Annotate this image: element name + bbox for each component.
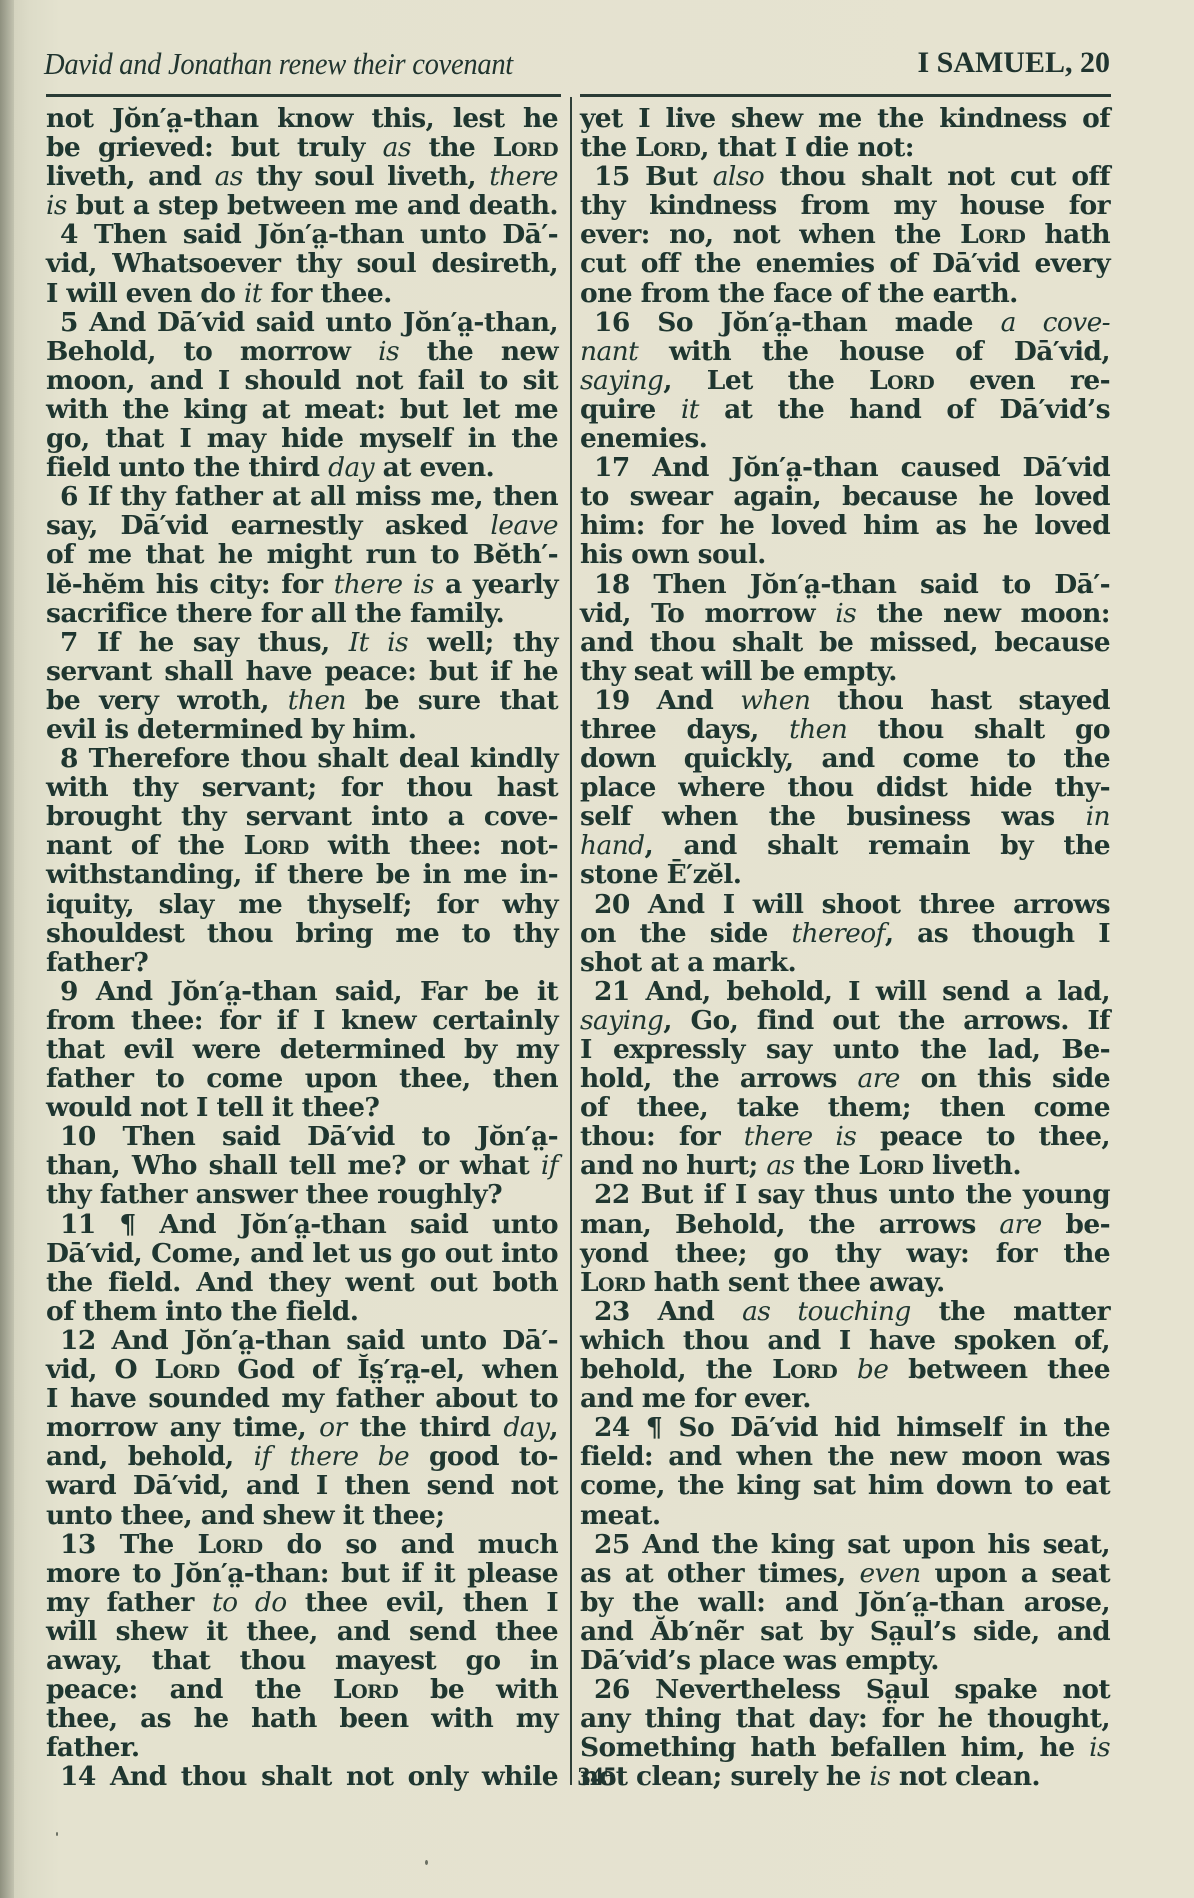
text-line: and Ăb′nẽr sat by Sa̤ul’s side, and xyxy=(580,1617,1110,1646)
text-line: saying, Go, find out the arrows. If xyxy=(580,1006,1110,1035)
text-line: 20 And I will shoot three arrows xyxy=(580,890,1110,919)
book-chapter-heading: I SAMUEL, 20 xyxy=(917,46,1110,80)
text-line: liveth, and as thy soul liveth, there xyxy=(46,162,558,191)
text-line: 22 But if I say thus unto the young xyxy=(580,1180,1110,1209)
bible-page: David and Jonathan renew their covenant … xyxy=(0,0,1194,1898)
left-text-column: not Jŏn′a̤-than know this, lest hebe gri… xyxy=(46,104,558,1791)
text-line: more to Jŏn′a̤-than: but if it please xyxy=(46,1559,558,1588)
text-line: field: and when the new moon was xyxy=(580,1442,1110,1471)
text-line: go, that I may hide myself in the xyxy=(46,424,558,453)
header-rule-right xyxy=(580,94,1111,97)
text-line: I expressly say unto the lad, Be- xyxy=(580,1035,1110,1064)
text-line: of me that he might run to Bĕth′- xyxy=(46,540,558,569)
text-line: one from the face of the earth. xyxy=(580,279,1110,308)
text-line: the Lord, that I die not: xyxy=(580,133,1110,162)
text-line: ever: no, not when the Lord hath xyxy=(580,220,1110,249)
text-line: Lord hath sent thee away. xyxy=(580,1268,1110,1297)
text-line: any thing that day: for he thought, xyxy=(580,1704,1110,1733)
text-line: 7 If he say thus, It is well; thy xyxy=(46,628,558,657)
text-line: say, Dā′vid earnestly asked leave xyxy=(46,511,558,540)
text-line: brought thy servant into a cove- xyxy=(46,802,558,831)
text-line: down quickly, and come to the xyxy=(580,744,1110,773)
text-line: of thee, take them; then come xyxy=(580,1093,1110,1122)
text-line: than, Who shall tell me? or what if xyxy=(46,1151,558,1180)
text-line: with the king at meat: but let me xyxy=(46,395,558,424)
text-line: 4 Then said Jŏn′a̤-than unto Dā′- xyxy=(46,220,558,249)
text-line: thy father answer thee roughly? xyxy=(46,1180,558,1209)
text-line: 5 And Dā′vid said unto Jŏn′a̤-than, xyxy=(46,308,558,337)
text-line: 11 ¶ And Jŏn′a̤-than said unto xyxy=(46,1210,558,1239)
text-line: Behold, to morrow is the new xyxy=(46,337,558,366)
text-line: quire it at the hand of Dā′vid’s xyxy=(580,395,1110,424)
text-line: field unto the third day at even. xyxy=(46,453,558,482)
text-line: nant of the Lord with thee: not- xyxy=(46,831,558,860)
text-line: shouldest thou bring me to thy xyxy=(46,919,558,948)
text-line: come, the king sat him down to eat xyxy=(580,1471,1110,1500)
text-line: 15 But also thou shalt not cut off xyxy=(580,162,1110,191)
text-line: from thee: for if I knew certainly xyxy=(46,1006,558,1035)
text-line: morrow any time, or the third day, xyxy=(46,1413,558,1442)
text-line: 8 Therefore thou shalt deal kindly xyxy=(46,744,558,773)
text-line: yond thee; go thy way: for the xyxy=(580,1239,1110,1268)
text-line: his own soul. xyxy=(580,540,1110,569)
text-line: lĕ-hĕm his city: for there is a yearly xyxy=(46,570,558,599)
text-line: I will even do it for thee. xyxy=(46,279,558,308)
text-line: sacrifice there for all the family. xyxy=(46,599,558,628)
text-line: stone Ē′zĕl. xyxy=(580,860,1110,889)
text-line: hold, the arrows are on this side xyxy=(580,1064,1110,1093)
text-line: evil is determined by him. xyxy=(46,715,558,744)
text-line: unto thee, and shew it thee; xyxy=(46,1501,558,1530)
text-line: which thou and I have spoken of, xyxy=(580,1326,1110,1355)
text-line: enemies. xyxy=(580,424,1110,453)
section-heading: David and Jonathan renew their covenant xyxy=(44,46,513,82)
text-line: to swear again, because he loved xyxy=(580,482,1110,511)
text-line: meat. xyxy=(580,1501,1110,1530)
text-line: 24 ¶ So Dā′vid hid himself in the xyxy=(580,1413,1110,1442)
text-line: 9 And Jŏn′a̤-than said, Far be it xyxy=(46,977,558,1006)
text-line: 6 If thy father at all miss me, then xyxy=(46,482,558,511)
text-line: hand, and shalt remain by the xyxy=(580,831,1110,860)
running-head: David and Jonathan renew their covenant … xyxy=(44,46,1114,90)
text-line: servant shall have peace: but if he xyxy=(46,657,558,686)
text-line: not Jŏn′a̤-than know this, lest he xyxy=(46,104,558,133)
text-line: saying, Let the Lord even re- xyxy=(580,366,1110,395)
text-line: be grieved: but truly as the Lord xyxy=(46,133,558,162)
text-line: and me for ever. xyxy=(580,1384,1110,1413)
text-line: iquity, slay me thyself; for why xyxy=(46,890,558,919)
text-line: 17 And Jŏn′a̤-than caused Dā′vid xyxy=(580,453,1110,482)
page-number: 345 xyxy=(0,1762,1194,1792)
header-rule-left xyxy=(46,94,561,97)
text-line: vid, O Lord God of Ĭs̤′ra̤-el, when xyxy=(46,1355,558,1384)
right-text-column: yet I live shew me the kindness ofthe Lo… xyxy=(580,104,1110,1791)
text-line: moon, and I should not fail to sit xyxy=(46,366,558,395)
paper-speck xyxy=(425,1860,428,1865)
text-line: thy kindness from my house for xyxy=(580,191,1110,220)
text-line: 19 And when thou hast stayed xyxy=(580,686,1110,715)
text-line: 21 And, behold, I will send a lad, xyxy=(580,977,1110,1006)
text-line: yet I live shew me the kindness of xyxy=(580,104,1110,133)
text-line: father. xyxy=(46,1733,558,1762)
text-line: behold, the Lord be between thee xyxy=(580,1355,1110,1384)
text-line: him: for he loved him as he loved xyxy=(580,511,1110,540)
column-divider xyxy=(570,97,572,1785)
text-line: withstanding, if there be in me in- xyxy=(46,860,558,889)
text-line: cut off the enemies of Dā′vid every xyxy=(580,249,1110,278)
text-line: would not I tell it thee? xyxy=(46,1093,558,1122)
text-line: 23 And as touching the matter xyxy=(580,1297,1110,1326)
text-line: Dā′vid, Come, and let us go out into xyxy=(46,1239,558,1268)
text-line: Dā′vid’s place was empty. xyxy=(580,1646,1110,1675)
text-line: father? xyxy=(46,948,558,977)
text-line: 10 Then said Dā′vid to Jŏn′a̤- xyxy=(46,1122,558,1151)
text-line: 12 And Jŏn′a̤-than said unto Dā′- xyxy=(46,1326,558,1355)
text-line: and no hurt; as the Lord liveth. xyxy=(580,1151,1110,1180)
text-line: nant with the house of Dā′vid, xyxy=(580,337,1110,366)
text-line: thou: for there is peace to thee, xyxy=(580,1122,1110,1151)
text-line: father to come upon thee, then xyxy=(46,1064,558,1093)
text-line: 18 Then Jŏn′a̤-than said to Dā′- xyxy=(580,570,1110,599)
text-line: shot at a mark. xyxy=(580,948,1110,977)
text-line: with thy servant; for thou hast xyxy=(46,773,558,802)
paper-speck xyxy=(56,1832,58,1836)
text-line: be very wroth, then be sure that xyxy=(46,686,558,715)
text-line: the field. And they went out both xyxy=(46,1268,558,1297)
text-line: 25 And the king sat upon his seat, xyxy=(580,1530,1110,1559)
text-line: three days, then thou shalt go xyxy=(580,715,1110,744)
text-line: man, Behold, the arrows are be- xyxy=(580,1210,1110,1239)
text-line: of them into the field. xyxy=(46,1297,558,1326)
text-line: on the side thereof, as though I xyxy=(580,919,1110,948)
text-line: will shew it thee, and send thee xyxy=(46,1617,558,1646)
text-line: my father to do thee evil, then I xyxy=(46,1588,558,1617)
page-binding-shadow xyxy=(0,0,14,1898)
text-line: by the wall: and Jŏn′a̤-than arose, xyxy=(580,1588,1110,1617)
text-line: 16 So Jŏn′a̤-than made a cove- xyxy=(580,308,1110,337)
text-line: Something hath befallen him, he is xyxy=(580,1733,1110,1762)
text-line: 26 Nevertheless Sa̤ul spake not xyxy=(580,1675,1110,1704)
text-line: that evil were determined by my xyxy=(46,1035,558,1064)
text-line: self when the business was in xyxy=(580,802,1110,831)
text-line: away, that thou mayest go in xyxy=(46,1646,558,1675)
text-line: place where thou didst hide thy- xyxy=(580,773,1110,802)
text-line: is but a step between me and death. xyxy=(46,191,558,220)
text-line: and thou shalt be missed, because xyxy=(580,628,1110,657)
text-line: thy seat will be empty. xyxy=(580,657,1110,686)
text-line: thee, as he hath been with my xyxy=(46,1704,558,1733)
text-line: and, behold, if there be good to- xyxy=(46,1442,558,1471)
text-line: as at other times, even upon a seat xyxy=(580,1559,1110,1588)
text-line: ward Dā′vid, and I then send not xyxy=(46,1471,558,1500)
text-line: vid, Whatsoever thy soul desireth, xyxy=(46,249,558,278)
text-line: I have sounded my father about to xyxy=(46,1384,558,1413)
text-line: vid, To morrow is the new moon: xyxy=(580,599,1110,628)
text-line: peace: and the Lord be with xyxy=(46,1675,558,1704)
text-line: 13 The Lord do so and much xyxy=(46,1530,558,1559)
